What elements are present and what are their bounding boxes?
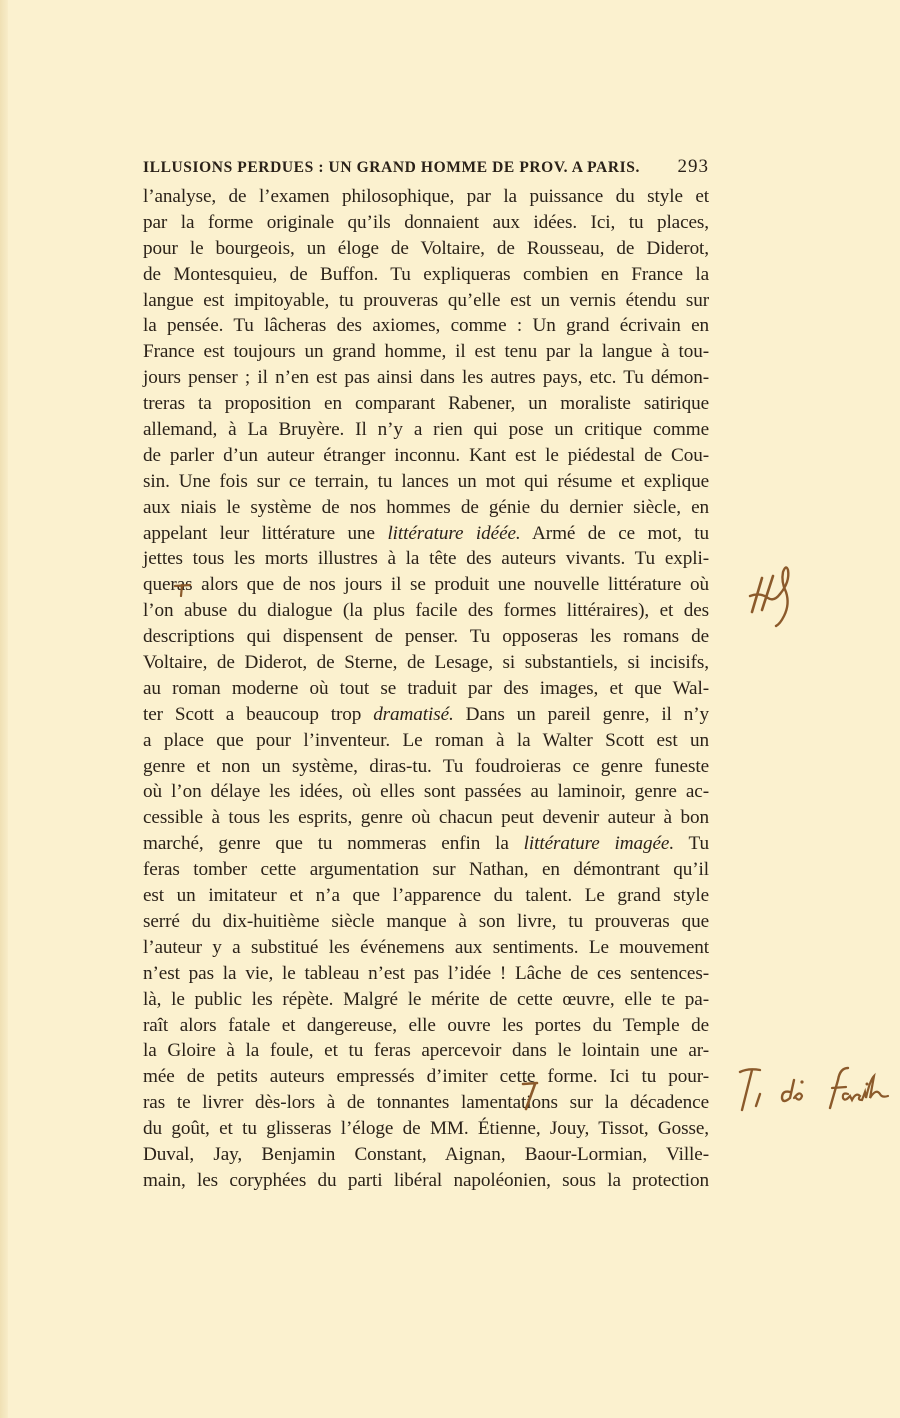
text-line: est un imitateur et n’a que l’apparence … <box>143 883 709 909</box>
text-line: France est toujours un grand homme, il e… <box>143 339 709 365</box>
text-run: Voltaire, de Diderot, de Sterne, de Lesa… <box>143 652 709 673</box>
handwritten-hs-icon <box>740 560 800 632</box>
text-line: Duval, Jay, Benjamin Constant, Aignan, B… <box>143 1142 709 1168</box>
text-run: ter Scott a beaucoup trop <box>143 704 373 725</box>
text-line: au roman moderne où tout se traduit par … <box>143 676 709 702</box>
text-run: cessible à tous les esprits, genre où ch… <box>143 807 709 828</box>
text-line: genre et non un système, diras-tu. Tu fo… <box>143 754 709 780</box>
text-line: la pensée. Tu lâcheras des axiomes, comm… <box>143 313 709 339</box>
text-run: queras alors que de nos jours il se prod… <box>143 574 709 595</box>
text-run: la pensée. Tu lâcheras des axiomes, comm… <box>143 315 709 336</box>
text-run: descriptions qui dispensent de penser. T… <box>143 626 709 647</box>
running-head-title: ILLUSIONS PERDUES : UN GRAND HOMME DE PR… <box>143 159 640 177</box>
text-run: n’est pas la vie, le tableau n’est pas l… <box>143 963 709 984</box>
text-line: langue est impitoyable, tu prouveras qu’… <box>143 288 709 314</box>
text-run: du goût, et tu glisseras l’éloge de MM. … <box>143 1118 709 1139</box>
text-run: là, le public les répète. Malgré le méri… <box>143 989 709 1010</box>
text-line: serré du dix-huitième siècle manque à so… <box>143 909 709 935</box>
margin-note-2: T, de facile <box>730 1060 895 1120</box>
text-run: l’analyse, de l’examen philosophique, pa… <box>143 186 709 207</box>
page-number: 293 <box>678 156 710 178</box>
text-line: descriptions qui dispensent de penser. T… <box>143 624 709 650</box>
text-run: de Montesquieu, de Buffon. Tu expliquera… <box>143 264 709 285</box>
running-head: ILLUSIONS PERDUES : UN GRAND HOMME DE PR… <box>143 156 709 178</box>
text-line: par la forme originale qu’ils donnaient … <box>143 210 709 236</box>
text-line: n’est pas la vie, le tableau n’est pas l… <box>143 961 709 987</box>
text-line: aux niais le système de nos hommes de gé… <box>143 495 709 521</box>
text-run: aux niais le système de nos hommes de gé… <box>143 497 709 518</box>
text-line: l’auteur y a substitué les événemens aux… <box>143 935 709 961</box>
text-run: au roman moderne où tout se traduit par … <box>143 678 709 699</box>
text-line: ras te livrer dès-lors à de tonnantes la… <box>143 1090 709 1116</box>
text-line: Voltaire, de Diderot, de Sterne, de Lesa… <box>143 650 709 676</box>
text-run: est un imitateur et n’a que l’apparence … <box>143 885 709 906</box>
text-run: la Gloire à la foule, et tu feras aperce… <box>143 1040 709 1061</box>
text-run: où l’on délaye les idées, où elles sont … <box>143 781 709 802</box>
text-run: jettes tous les morts illustres à la têt… <box>143 548 709 569</box>
text-line: mée de petits auteurs empressés d’imiter… <box>143 1064 709 1090</box>
text-run: Dans un pareil genre, il n’y <box>454 704 709 725</box>
text-line: raît alors fatale et dangereuse, elle ou… <box>143 1013 709 1039</box>
text-line: queras alors que de nos jours il se prod… <box>143 572 709 598</box>
text-line: feras tomber cette argumentation sur Nat… <box>143 857 709 883</box>
text-line: la Gloire à la foule, et tu feras aperce… <box>143 1038 709 1064</box>
text-run: sin. Une fois sur ce terrain, tu lances … <box>143 471 709 492</box>
text-run: l’auteur y a substitué les événemens aux… <box>143 937 709 958</box>
text-run: main, les coryphées du parti libéral nap… <box>143 1170 709 1191</box>
page-gutter-edge <box>0 0 8 1418</box>
text-line: l’on abuse du dialogue (la plus facile d… <box>143 598 709 624</box>
text-run: marché, genre que tu nommeras enfin la <box>143 833 524 854</box>
text-line: treras ta proposition en comparant Raben… <box>143 391 709 417</box>
text-run: serré du dix-huitième siècle manque à so… <box>143 911 709 932</box>
text-run: mée de petits auteurs empressés d’imiter… <box>143 1066 709 1087</box>
italic-phrase: littérature imagée. <box>524 833 674 854</box>
text-line: de Montesquieu, de Buffon. Tu expliquera… <box>143 262 709 288</box>
text-line: ter Scott a beaucoup trop dramatisé. Dan… <box>143 702 709 728</box>
text-line: cessible à tous les esprits, genre où ch… <box>143 805 709 831</box>
text-line: allemand, à La Bruyère. Il n’y a rien qu… <box>143 417 709 443</box>
text-line: appelant leur littérature une littératur… <box>143 521 709 547</box>
text-line: l’analyse, de l’examen philosophique, pa… <box>143 184 709 210</box>
text-line: a place que pour l’inventeur. Le roman à… <box>143 728 709 754</box>
text-run: pour le bourgeois, un éloge de Voltaire,… <box>143 238 709 259</box>
text-run: Duval, Jay, Benjamin Constant, Aignan, B… <box>143 1144 709 1165</box>
text-run: Tu <box>674 833 709 854</box>
text-run: appelant leur littérature une <box>143 523 387 544</box>
text-line: sin. Une fois sur ce terrain, tu lances … <box>143 469 709 495</box>
body-text: l’analyse, de l’examen philosophique, pa… <box>143 184 709 1194</box>
text-run: allemand, à La Bruyère. Il n’y a rien qu… <box>143 419 709 440</box>
text-run: par la forme originale qu’ils donnaient … <box>143 212 709 233</box>
text-run: raît alors fatale et dangereuse, elle ou… <box>143 1015 709 1036</box>
text-line: marché, genre que tu nommeras enfin la l… <box>143 831 709 857</box>
text-run: a place que pour l’inventeur. Le roman à… <box>143 730 709 751</box>
handwritten-de-facile-icon <box>730 1060 895 1120</box>
proof-mark-inline-1 <box>173 583 193 602</box>
italic-phrase: dramatisé. <box>373 704 454 725</box>
text-run: genre et non un système, diras-tu. Tu fo… <box>143 756 709 777</box>
text-run: feras tomber cette argumentation sur Nat… <box>143 859 709 880</box>
text-line: main, les coryphées du parti libéral nap… <box>143 1168 709 1194</box>
text-line: de parler d’un auteur étranger inconnu. … <box>143 443 709 469</box>
text-line: jettes tous les morts illustres à la têt… <box>143 546 709 572</box>
text-run: France est toujours un grand homme, il e… <box>143 341 709 362</box>
text-run: Armé de ce mot, tu <box>521 523 709 544</box>
text-run: treras ta proposition en comparant Raben… <box>143 393 709 414</box>
margin-note-1: Hs <box>740 560 800 632</box>
proof-mark-inline-2 <box>520 1081 540 1116</box>
text-run: jours penser ; il n’en est pas ainsi dan… <box>143 367 709 388</box>
text-line: pour le bourgeois, un éloge de Voltaire,… <box>143 236 709 262</box>
text-run: langue est impitoyable, tu prouveras qu’… <box>143 290 709 311</box>
text-line: là, le public les répète. Malgré le méri… <box>143 987 709 1013</box>
text-run: ras te livrer dès-lors à de tonnantes la… <box>143 1092 709 1113</box>
text-run: de parler d’un auteur étranger inconnu. … <box>143 445 709 466</box>
text-run: l’on abuse du dialogue (la plus facile d… <box>143 600 709 621</box>
text-line: où l’on délaye les idées, où elles sont … <box>143 779 709 805</box>
text-line: du goût, et tu glisseras l’éloge de MM. … <box>143 1116 709 1142</box>
italic-phrase: littérature idéée. <box>387 523 520 544</box>
text-line: jours penser ; il n’en est pas ainsi dan… <box>143 365 709 391</box>
